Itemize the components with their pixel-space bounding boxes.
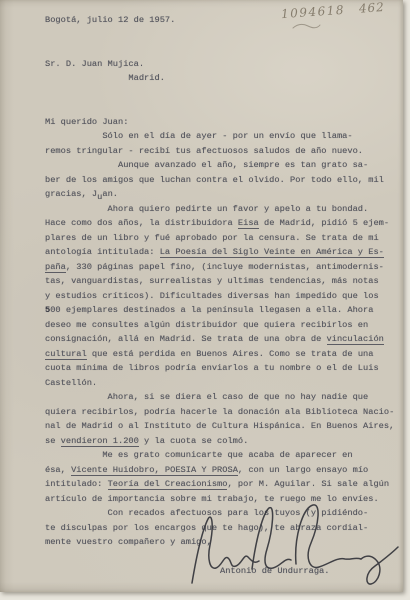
- letter-line: 500 ejemplares destinados a la península…: [45, 303, 405, 318]
- letter-line: Bogotá, julio 12 de 1957.: [45, 13, 405, 28]
- letter-line: intitulado: Teoría del Creacionismo, por…: [45, 477, 405, 492]
- letter-line: cuota mínima de libros podría enviarlos …: [45, 361, 405, 376]
- letter-line: gracias, Juan.: [45, 187, 405, 202]
- letter-line: Hace como dos años, la distribuidora Eis…: [45, 216, 405, 231]
- letter-line: remos tringular - recibí tus afectuosos …: [45, 144, 405, 159]
- signature-autograph: [186, 497, 404, 593]
- letter-line: cultural que está perdida en Buenos Aire…: [45, 347, 405, 362]
- letter-line: tas, vanguardistas, surrealistas y ultim…: [45, 274, 405, 289]
- letter-line: Me es grato comunicarte que acaba de apa…: [45, 448, 405, 463]
- letter-line: ésa, Vicente Huidobro, POESIA Y PROSA, c…: [45, 463, 405, 478]
- letter-line: [45, 28, 405, 43]
- letter-line: nal de Madrid o al Instituto de Cultura …: [45, 419, 405, 434]
- letter-line: Sr. D. Juan Mujica.: [45, 57, 405, 72]
- letter-line: quiera recibirlos, podría hacerle la don…: [45, 405, 405, 420]
- letter-line: paña, 330 páginas papel fino, (incluye m…: [45, 260, 405, 275]
- letter-line: Mi querido Juan:: [45, 115, 405, 130]
- letter-line: Aunque avanzado el año, siempre es tan g…: [45, 158, 405, 173]
- letter-line: ber de los amigos que luchan contra el o…: [45, 173, 405, 188]
- typed-signature: Antonio de Undurraga.: [220, 566, 329, 576]
- letter-line: Castellón.: [45, 376, 405, 391]
- letter-line: [45, 86, 405, 101]
- letter-line: deseo me consultes algún distribuidor qu…: [45, 318, 405, 333]
- letter-line: plares de un libro y fué aprobado por la…: [45, 231, 405, 246]
- letter-line: Ahora, si se diera el caso de que no hay…: [45, 390, 405, 405]
- letter-line: Madrid.: [45, 71, 405, 86]
- letter-line: Sólo en el día de ayer - por un envío qu…: [45, 129, 405, 144]
- letter-line: antología intitulada: La Poesía del Sigl…: [45, 245, 405, 260]
- letter-line: [45, 100, 405, 115]
- letter-line: se vendieron 1.200 y la cuota se colmó.: [45, 434, 405, 449]
- letter-line: y estudios críticos). Dificultades diver…: [45, 289, 405, 304]
- letter-line: [45, 42, 405, 57]
- letter-line: consignación, allá en Madrid. Se trata d…: [45, 332, 405, 347]
- letter-body: Bogotá, julio 12 de 1957. Sr. D. Juan Mu…: [45, 13, 405, 550]
- letter-page: 1094618462 Bogotá, julio 12 de 1957. Sr.…: [0, 0, 403, 592]
